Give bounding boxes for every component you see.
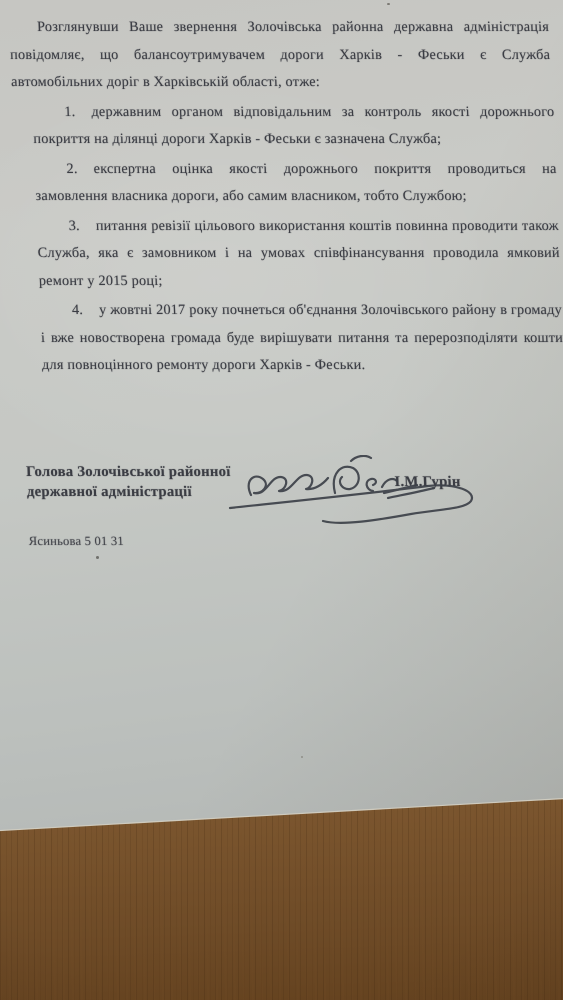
paper-speck — [301, 756, 303, 758]
signatory-title-line1: Голова Золочівської районної — [26, 462, 231, 482]
item-text: державним органом відповідальним за конт… — [33, 104, 555, 148]
item-text: експертна оцінка якості дорожнього покри… — [35, 161, 557, 205]
item-number: 3. — [68, 218, 80, 234]
signatory-title: Голова Золочівської районної державної а… — [26, 462, 232, 502]
item-number: 1. — [64, 104, 76, 120]
signature-scribble — [215, 455, 485, 535]
numbered-item-2: 2.експертна оцінка якості дорожнього пок… — [34, 156, 558, 211]
numbered-item-1: 1.державним органом відповідальним за ко… — [32, 99, 556, 154]
item-number: 2. — [66, 161, 78, 177]
numbered-item-3: 3.питання ревізії цільового використання… — [36, 213, 561, 296]
intro-paragraph: Розглянувши Ваше звернення Золочівська р… — [9, 14, 552, 97]
item-number: 4. — [72, 302, 84, 318]
paper-speck — [96, 556, 99, 559]
item-text: у жовтні 2017 року почнеться об'єднання … — [41, 302, 563, 373]
item-text: питання ревізії цільового використання к… — [37, 218, 560, 289]
signatory-title-line2: державної адміністрації — [26, 482, 231, 502]
numbered-item-4: 4.у жовтні 2017 року почнеться об'єднанн… — [39, 297, 563, 380]
paper-speck — [387, 3, 390, 5]
photo-scene: Розглянувши Ваше звернення Золочівська р… — [0, 0, 563, 1000]
